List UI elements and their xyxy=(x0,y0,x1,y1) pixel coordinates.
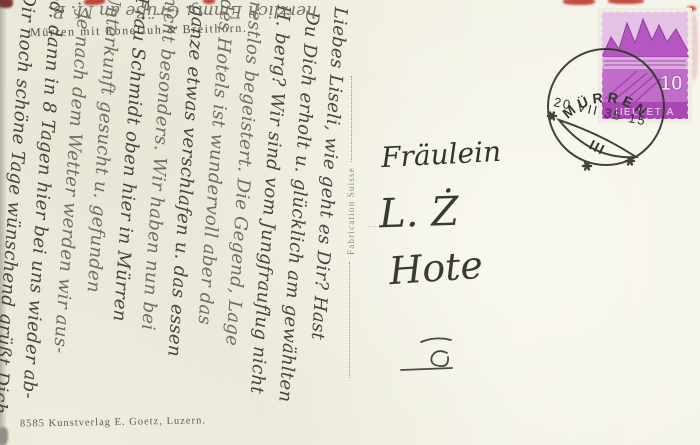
address-stroke-fragment xyxy=(398,330,460,376)
divider-line-lower xyxy=(349,262,350,378)
message-top-edge-line: herzlich Emmy. Grüße an M. B. xyxy=(55,0,317,24)
postcard-back: Mürren mit Ebnefluh & Breithorn. Fabrica… xyxy=(0,0,700,445)
scan-smudge xyxy=(563,0,595,5)
divider-line-upper xyxy=(351,76,352,162)
divider-label: Fabrication Suisse xyxy=(345,156,357,266)
address-line-salutation: Fräulein xyxy=(380,135,502,174)
handwritten-message: Liebes Liseli, wie geht es Dir? Hast Du … xyxy=(0,0,354,439)
scan-smudge xyxy=(608,0,644,4)
scan-smudge xyxy=(0,427,8,445)
postmark: MÜRREN 20 VII 35·15 III xyxy=(541,44,673,176)
address-line-name: L. Ż xyxy=(378,189,459,238)
address-line-hotel: Hote xyxy=(388,243,485,293)
scan-smudge xyxy=(0,0,13,8)
